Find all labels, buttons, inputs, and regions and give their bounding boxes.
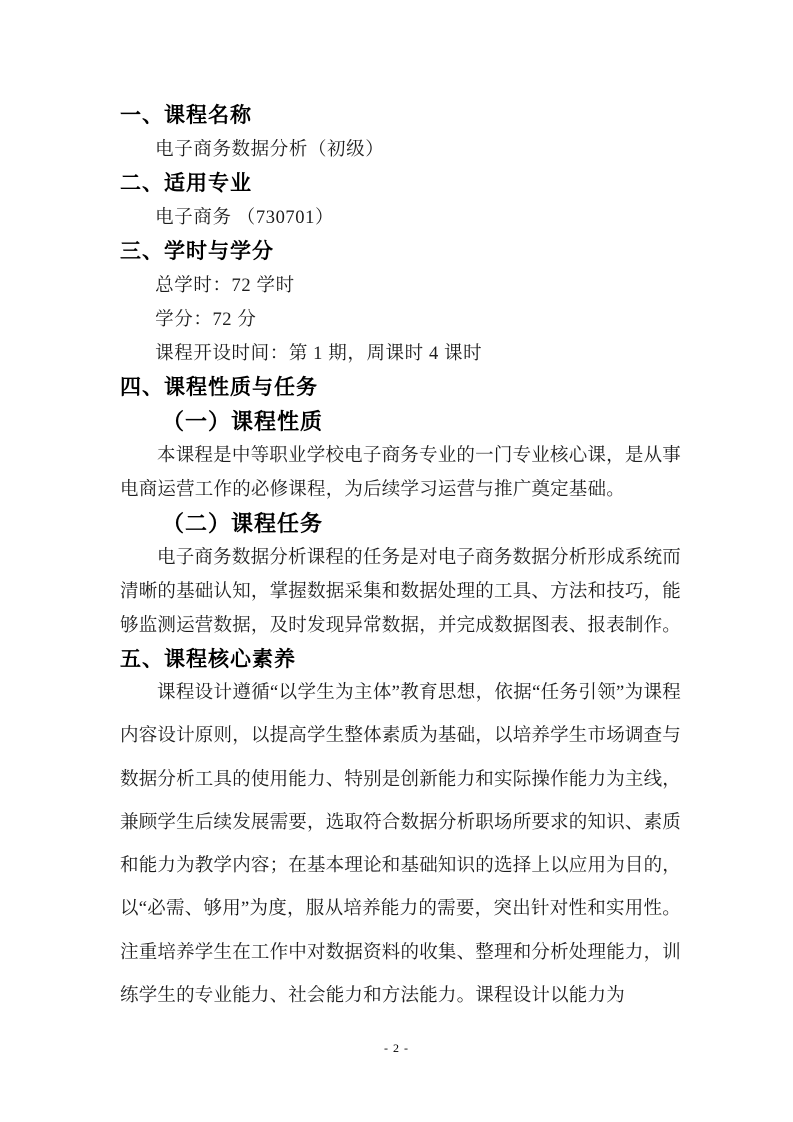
paragraph-course-nature: 本课程是中等职业学校电子商务专业的一门专业核心课，是从事电商运营工作的必修课程，…	[120, 439, 681, 507]
subheading-course-nature: （一）课程性质	[120, 405, 681, 439]
major-line: 电子商务 （730701）	[120, 201, 681, 235]
document-page: 一、课程名称 电子商务数据分析（初级） 二、适用专业 电子商务 （730701）…	[0, 0, 793, 1122]
total-hours-line: 总学时：72 学时	[120, 269, 681, 303]
paragraph-course-task: 电子商务数据分析课程的任务是对电子商务数据分析形成系统而清晰的基础认知，掌握数据…	[120, 541, 681, 643]
paragraph-core-competency: 课程设计遵循“以学生为主体”教育思想，依据“任务引领”为课程内容设计原则，以提高…	[120, 672, 681, 1018]
heading-section-1: 一、课程名称	[120, 99, 681, 133]
heading-section-3: 三、学时与学分	[120, 235, 681, 269]
heading-section-4: 四、课程性质与任务	[120, 371, 681, 405]
document-body: 一、课程名称 电子商务数据分析（初级） 二、适用专业 电子商务 （730701）…	[120, 99, 681, 1018]
course-name-line: 电子商务数据分析（初级）	[120, 133, 681, 167]
subheading-course-task: （二）课程任务	[120, 507, 681, 541]
schedule-line: 课程开设时间：第 1 期，周课时 4 课时	[120, 337, 681, 371]
heading-section-2: 二、适用专业	[120, 167, 681, 201]
page-number: - 2 -	[0, 1041, 793, 1056]
credits-line: 学分：72 分	[120, 303, 681, 337]
